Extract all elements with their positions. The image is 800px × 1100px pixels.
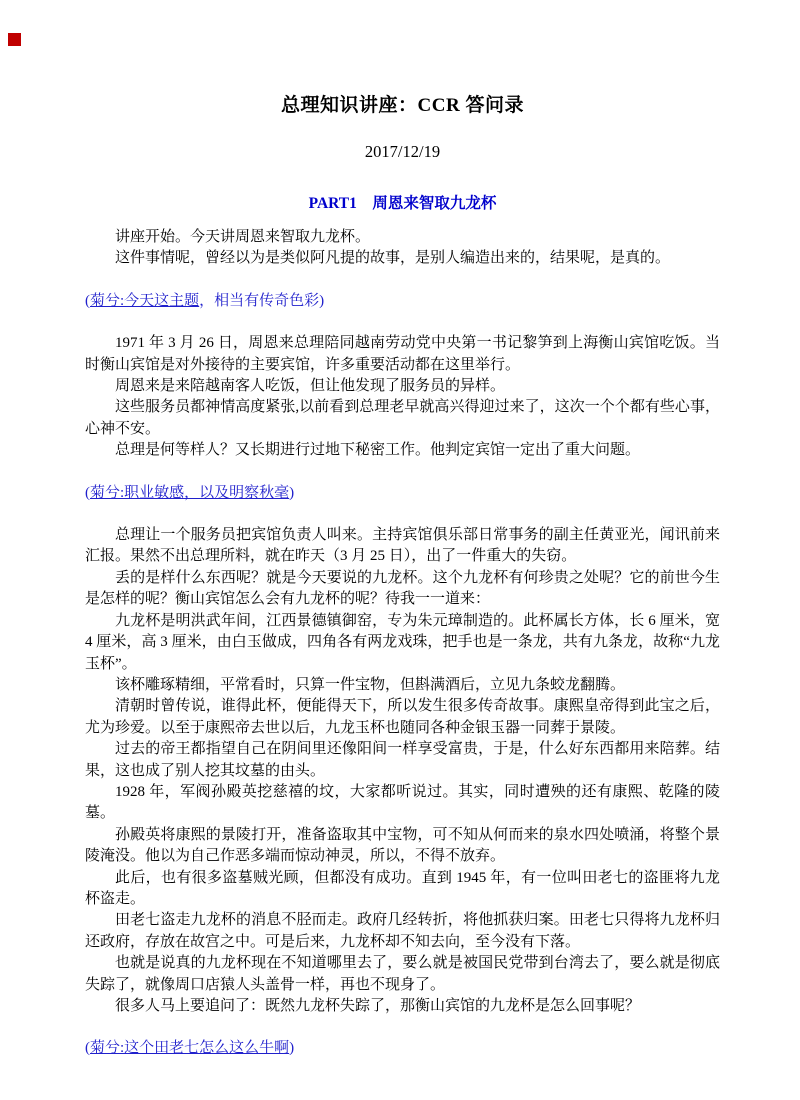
document-date: 2017/12/19 bbox=[85, 141, 720, 163]
paragraph: 这些服务员都神情高度紧张,以前看到总理老早就高兴得迎过来了，这次一个个都有些心事… bbox=[85, 397, 720, 440]
note-suffix: ) bbox=[289, 485, 294, 501]
paragraph: 清朝时曾传说，谁得此杯，便能得天下，所以发生很多传奇故事。康熙皇帝得到此宝之后，… bbox=[85, 696, 720, 739]
document-body: 总理知识讲座：CCR 答问录 2017/12/19 PART1 周恩来智取九龙杯… bbox=[85, 0, 720, 1081]
note-link[interactable]: 菊兮:这个田老七怎么这么牛啊 bbox=[90, 1040, 289, 1056]
red-square-marker bbox=[8, 33, 21, 46]
paragraph: 孙殿英将康熙的景陵打开，准备盗取其中宝物，可不知从何而来的泉水四处喷涌，将整个景… bbox=[85, 825, 720, 868]
paragraph: 总理是何等样人？又长期进行过地下秘密工作。他判定宾馆一定出了重大问题。 bbox=[85, 440, 720, 461]
reader-note: (菊兮:这个田老七怎么这么牛啊) bbox=[85, 1038, 720, 1059]
document-page: 总理知识讲座：CCR 答问录 2017/12/19 PART1 周恩来智取九龙杯… bbox=[0, 0, 800, 1100]
paragraph: 此后，也有很多盗墓贼光顾，但都没有成功。直到 1945 年，有一位叫田老七的盗匪… bbox=[85, 868, 720, 911]
paragraph: 丢的是样什么东西呢？就是今天要说的九龙杯。这个九龙杯有何珍贵之处呢？它的前世今生… bbox=[85, 568, 720, 611]
document-title: 总理知识讲座：CCR 答问录 bbox=[85, 93, 720, 119]
paragraph: 讲座开始。今天讲周恩来智取九龙杯。 bbox=[85, 227, 720, 248]
paragraph: 1928 年，军阀孙殿英挖慈禧的坟，大家都听说过。其实，同时遭殃的还有康熙、乾隆… bbox=[85, 782, 720, 825]
section-heading: PART1 周恩来智取九龙杯 bbox=[85, 193, 720, 215]
paragraph: 过去的帝王都指望自己在阴间里还像阳间一样享受富贵，于是，什么好东西都用来陪葬。结… bbox=[85, 739, 720, 782]
paragraph: 九龙杯是明洪武年间，江西景德镇御窑，专为朱元璋制造的。此杯属长方体，长 6 厘米… bbox=[85, 611, 720, 675]
paragraph: 总理让一个服务员把宾馆负责人叫来。主持宾馆俱乐部日常事务的副主任黄亚光，闻讯前来… bbox=[85, 525, 720, 568]
note-link[interactable]: 菊兮:今天这主题 bbox=[90, 293, 199, 309]
paragraph: 这件事情呢，曾经以为是类似阿凡提的故事，是别人编造出来的，结果呢，是真的。 bbox=[85, 248, 720, 269]
paragraph: 田老七盗走九龙杯的消息不胫而走。政府几经转折，将他抓获归案。田老七只得将九龙杯归… bbox=[85, 910, 720, 953]
paragraph: 也就是说真的九龙杯现在不知道哪里去了，要么就是被国民党带到台湾去了，要么就是彻底… bbox=[85, 953, 720, 996]
note-link[interactable]: 菊兮:职业敏感，以及明察秋毫 bbox=[90, 485, 289, 501]
reader-note: (菊兮:职业敏感，以及明察秋毫) bbox=[85, 483, 720, 504]
paragraph: 该杯雕琢精细，平常看时，只算一件宝物，但斟满酒后，立见九条蛟龙翻腾。 bbox=[85, 675, 720, 696]
paragraph: 很多人马上要追问了：既然九龙杯失踪了，那衡山宾馆的九龙杯是怎么回事呢？ bbox=[85, 996, 720, 1017]
note-suffix: ，相当有传奇色彩) bbox=[199, 293, 324, 309]
note-suffix: ) bbox=[289, 1040, 294, 1056]
paragraph: 1971 年 3 月 26 日，周恩来总理陪同越南劳动党中央第一书记黎笋到上海衡… bbox=[85, 333, 720, 376]
paragraph: 周恩来是来陪越南客人吃饭，但让他发现了服务员的异样。 bbox=[85, 376, 720, 397]
reader-note: (菊兮:今天这主题，相当有传奇色彩) bbox=[85, 291, 720, 312]
